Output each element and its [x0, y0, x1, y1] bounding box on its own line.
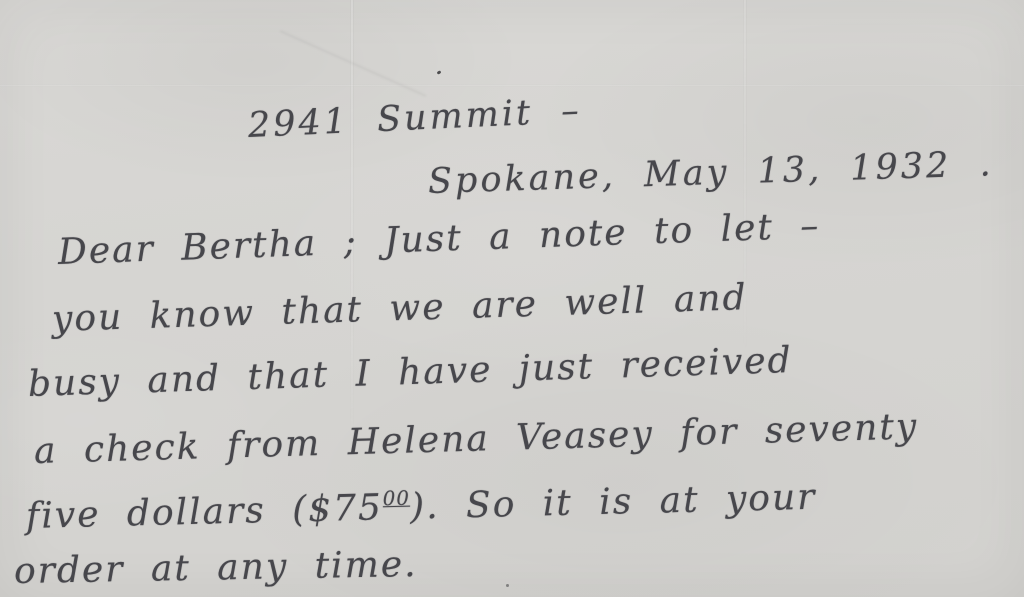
- body-line-6-closing: order at any time.: [14, 544, 418, 592]
- address-line: 2941 Summit –: [247, 91, 582, 146]
- letter-page: 2941 Summit – Spokane, May 13, 1932 . De…: [0, 0, 1024, 597]
- amount-cents-superscript: 00: [382, 487, 410, 511]
- body-line-3: busy and that I have just received: [27, 340, 793, 405]
- salutation-and-opening-line: Dear Bertha ; Just a note to let –: [57, 205, 821, 273]
- body-line-5-amount: five dollars ($7500). So it is at your: [25, 477, 816, 537]
- ink-speck: [437, 70, 442, 75]
- ink-speck: [506, 584, 509, 587]
- amount-text-prefix: five dollars ($75: [25, 487, 383, 537]
- body-line-2: you know that we are well and: [51, 277, 748, 340]
- date-line: Spokane, May 13, 1932 .: [427, 144, 994, 202]
- body-line-4: a check from Helena Veasey for seventy: [33, 406, 918, 472]
- amount-text-suffix: ). So it is at your: [410, 477, 817, 528]
- diagonal-crease: [280, 30, 427, 97]
- horizontal-fold-crease: [0, 84, 1024, 87]
